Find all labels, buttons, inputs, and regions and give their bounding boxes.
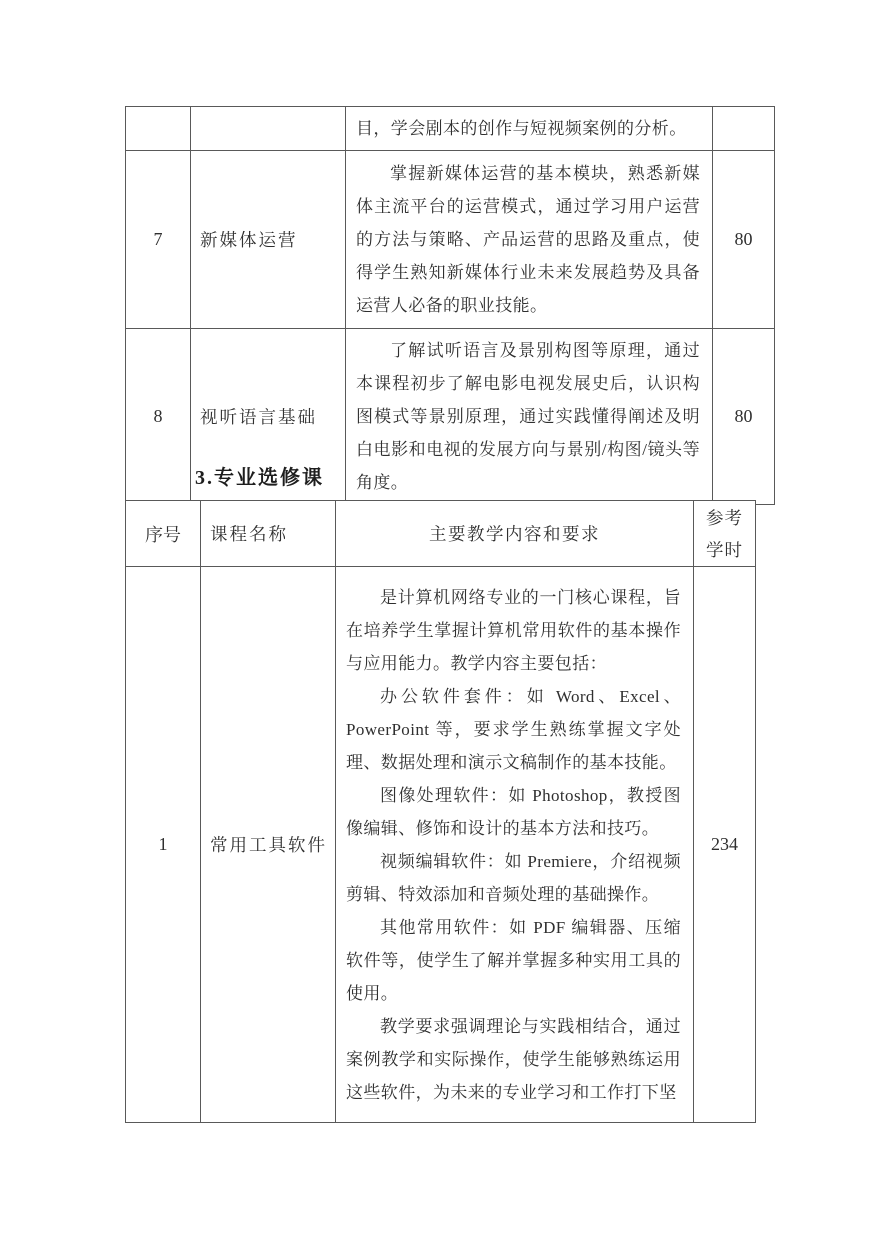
- content-paragraph: 视频编辑软件：如 Premiere，介绍视频剪辑、特效添加和音频处理的基础操作。: [346, 845, 681, 911]
- hours-header: 参考 学时: [694, 501, 756, 567]
- section-heading: 3.专业选修课: [195, 461, 324, 490]
- core-course-table: 目，学会剧本的创作与短视频案例的分析。 7 新媒体运营 掌握新媒体运营的基本模块…: [125, 106, 775, 505]
- seq-cell: [126, 107, 191, 151]
- elective-course-table: 序号 课程名称 主要教学内容和要求 参考 学时 1 常用工具软件 是计算机网络专…: [125, 500, 756, 1123]
- content-cell: 掌握新媒体运营的基本模块，熟悉新媒体主流平台的运营模式，通过学习用户运营的方法与…: [346, 151, 713, 329]
- document-page: 目，学会剧本的创作与短视频案例的分析。 7 新媒体运营 掌握新媒体运营的基本模块…: [0, 0, 880, 1243]
- content-text: 掌握新媒体运营的基本模块，熟悉新媒体主流平台的运营模式，通过学习用户运营的方法与…: [356, 157, 700, 322]
- table-header-row: 序号 课程名称 主要教学内容和要求 参考 学时: [126, 501, 756, 567]
- content-paragraph: 是计算机网络专业的一门核心课程，旨在培养学生掌握计算机常用软件的基本操作与应用能…: [346, 581, 681, 680]
- content-cell: 了解试听语言及景别构图等原理，通过本课程初步了解电影电视发展史后，认识构图模式等…: [346, 329, 713, 505]
- table-row: 7 新媒体运营 掌握新媒体运营的基本模块，熟悉新媒体主流平台的运营模式，通过学习…: [126, 151, 775, 329]
- table-row: 目，学会剧本的创作与短视频案例的分析。: [126, 107, 775, 151]
- hours-cell: [713, 107, 775, 151]
- course-name-header: 课程名称: [201, 501, 336, 567]
- hours-header-line2: 学时: [694, 534, 755, 566]
- content-header: 主要教学内容和要求: [336, 501, 694, 567]
- content-text: 目，学会剧本的创作与短视频案例的分析。: [356, 112, 700, 145]
- course-name-cell: 新媒体运营: [191, 151, 346, 329]
- content-cell: 是计算机网络专业的一门核心课程，旨在培养学生掌握计算机常用软件的基本操作与应用能…: [336, 567, 694, 1123]
- content-cell: 目，学会剧本的创作与短视频案例的分析。: [346, 107, 713, 151]
- content-paragraph: 办公软件套件：如 Word、Excel、PowerPoint 等，要求学生熟练掌…: [346, 680, 681, 779]
- content-paragraph: 图像处理软件：如 Photoshop，教授图像编辑、修饰和设计的基本方法和技巧。: [346, 779, 681, 845]
- content-paragraph: 其他常用软件：如 PDF 编辑器、压缩软件等，使学生了解并掌握多种实用工具的使用…: [346, 911, 681, 1010]
- hours-cell: 80: [713, 151, 775, 329]
- hours-header-line1: 参考: [694, 502, 755, 534]
- seq-cell: 1: [126, 567, 201, 1123]
- seq-cell: 8: [126, 329, 191, 505]
- content-text: 了解试听语言及景别构图等原理，通过本课程初步了解电影电视发展史后，认识构图模式等…: [356, 334, 700, 499]
- course-name-cell: [191, 107, 346, 151]
- seq-cell: 7: [126, 151, 191, 329]
- hours-cell: 234: [694, 567, 756, 1123]
- hours-cell: 80: [713, 329, 775, 505]
- course-name-cell: 常用工具软件: [201, 567, 336, 1123]
- content-paragraph: 教学要求强调理论与实践相结合，通过案例教学和实际操作，使学生能够熟练运用这些软件…: [346, 1010, 681, 1109]
- table-row: 1 常用工具软件 是计算机网络专业的一门核心课程，旨在培养学生掌握计算机常用软件…: [126, 567, 756, 1123]
- seq-header: 序号: [126, 501, 201, 567]
